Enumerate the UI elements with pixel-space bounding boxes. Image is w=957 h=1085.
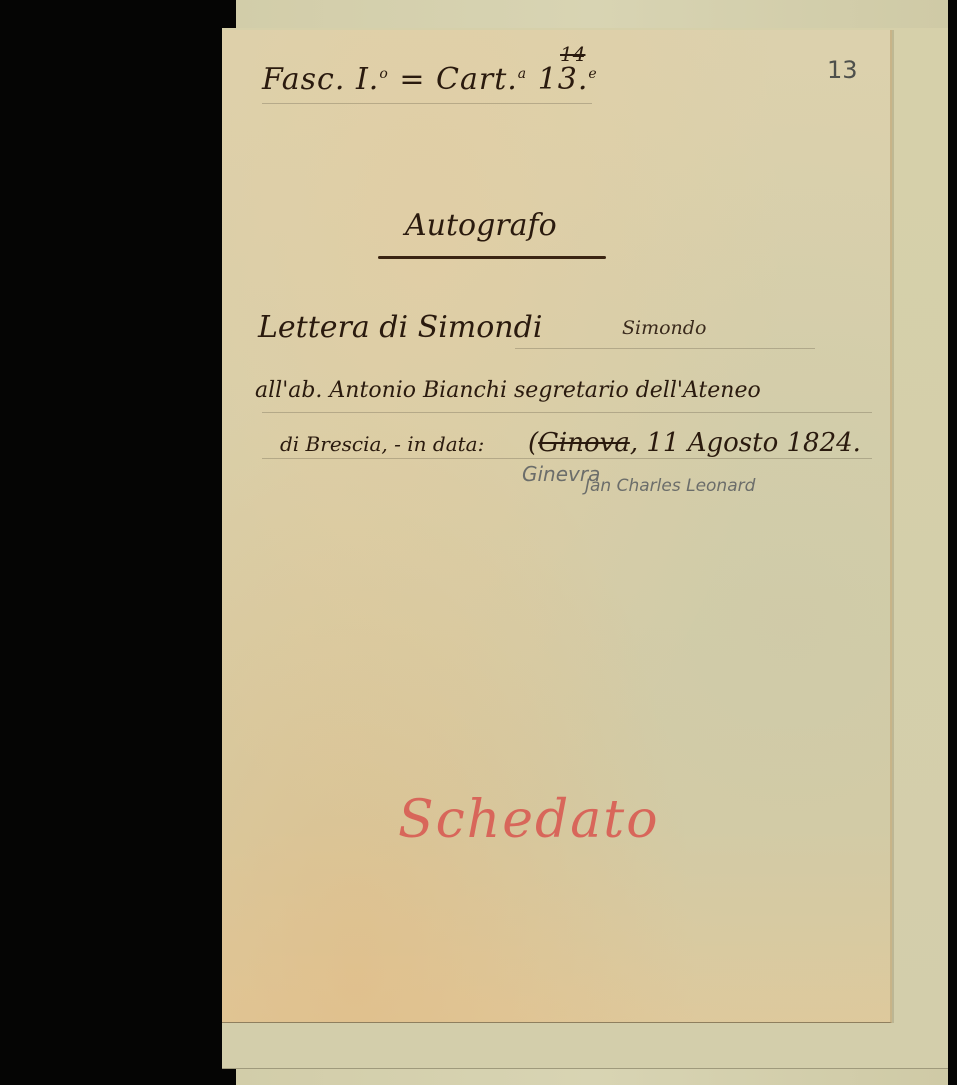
line-2-rule <box>262 412 872 413</box>
letter-line-3: di Brescia, - in data: <box>280 432 484 456</box>
fasc-label: Fasc. <box>262 62 345 97</box>
name-correction: Simondo <box>622 317 706 339</box>
date-text: , 11 Agosto 1824. <box>630 428 861 458</box>
fasc-number: I.o <box>356 62 389 97</box>
folio-number: 13 <box>827 56 858 84</box>
header-rule <box>262 103 592 104</box>
document-title: Autografo <box>405 208 557 243</box>
letter-line-1: Lettera di Simondi <box>258 310 542 345</box>
archive-reference: Fasc. I.o = Cart.a 13.e <box>262 62 598 97</box>
line-3-rule <box>262 458 872 459</box>
struck-number: 14 <box>560 42 585 66</box>
red-pencil-catalogued-mark: Schedato <box>398 790 660 850</box>
cart-label: Cart.a <box>436 62 527 97</box>
title-underline <box>378 256 606 259</box>
front-paper-sheet <box>222 30 892 1023</box>
pencil-signature: Jan Charles Leonard <box>585 476 755 496</box>
line-1-underline <box>515 348 815 349</box>
letter-date: (Ginova, 11 Agosto 1824. <box>528 428 861 458</box>
separator: = <box>399 62 425 97</box>
cart-number: 13.e <box>538 62 598 97</box>
place-struck: Ginova <box>538 428 630 458</box>
letter-line-2: all'ab. Antonio Bianchi segretario dell'… <box>255 378 761 403</box>
